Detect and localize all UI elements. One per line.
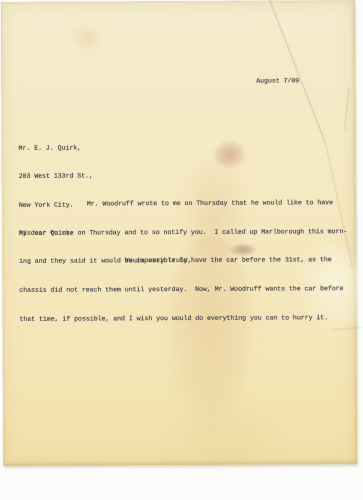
paper-sheet: August 7/09 Mr. E. J. Quirk, 203 West 13… xyxy=(1,0,357,466)
body-line: Mr. Woodruff wrote to me on Thursday tha… xyxy=(19,196,349,212)
date-line: August 7/09 xyxy=(256,77,299,84)
body-line: his car to use on Thursday and to so not… xyxy=(19,225,349,241)
recipient-name: Mr. E. J. Quirk, xyxy=(19,141,93,156)
letter-scan: August 7/09 Mr. E. J. Quirk, 203 West 13… xyxy=(0,0,363,500)
recipient-street: 203 West 133rd St., xyxy=(19,170,93,185)
crease-right-edge xyxy=(344,88,349,130)
crease-diagonal-upper xyxy=(268,0,327,146)
stain-red-spot xyxy=(214,141,246,169)
closing-line: Yours very truly, xyxy=(125,257,191,264)
stain-bottom-wash xyxy=(153,390,293,481)
body-line: that time, if possible, and I wish you w… xyxy=(19,311,349,327)
stain-top-left xyxy=(69,23,105,51)
body-line: chassis did not reach them until yesterd… xyxy=(19,282,349,298)
